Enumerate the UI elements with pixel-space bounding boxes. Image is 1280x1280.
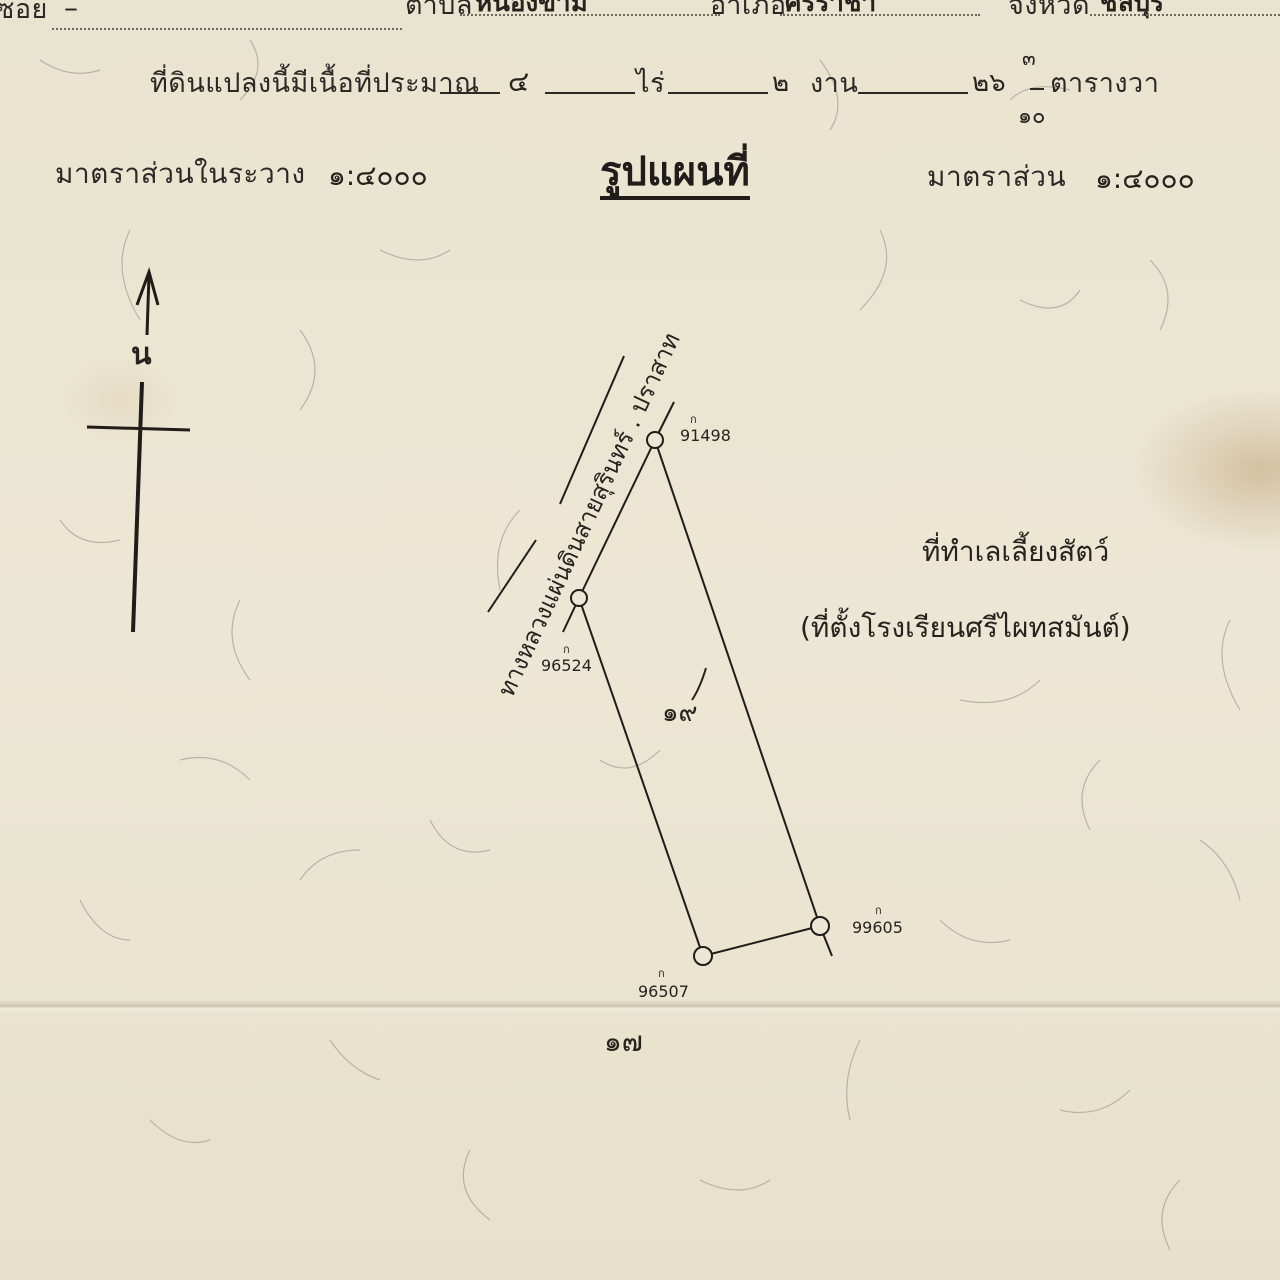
marker-bl-prefix: ก	[658, 968, 665, 979]
marker-br-prefix: ก	[875, 905, 882, 916]
parcel-number-tick	[692, 668, 706, 700]
north-label: น	[131, 340, 152, 370]
marker-top-code: 91498	[680, 428, 731, 444]
neighbor-label-line1: ที่ทำเลเลี้ยงสัตว์	[922, 538, 1109, 566]
marker-left-code: 96524	[541, 658, 592, 674]
adjacent-parcel-number: ๑๗	[604, 1028, 643, 1056]
marker-br-code: 99605	[852, 920, 903, 936]
boundary-marker-icons	[571, 432, 829, 965]
marker-top-prefix: ก	[690, 414, 697, 425]
north-arrow-icon	[87, 272, 190, 632]
marker-bl-code: 96507	[638, 984, 689, 1000]
parcel-number: ๑๙	[662, 700, 698, 726]
marker-left-prefix: ก	[563, 644, 570, 655]
neighbor-label-line2: (ที่ตั้งโรงเรียนศรีไผทสมันต์)	[800, 614, 1131, 642]
